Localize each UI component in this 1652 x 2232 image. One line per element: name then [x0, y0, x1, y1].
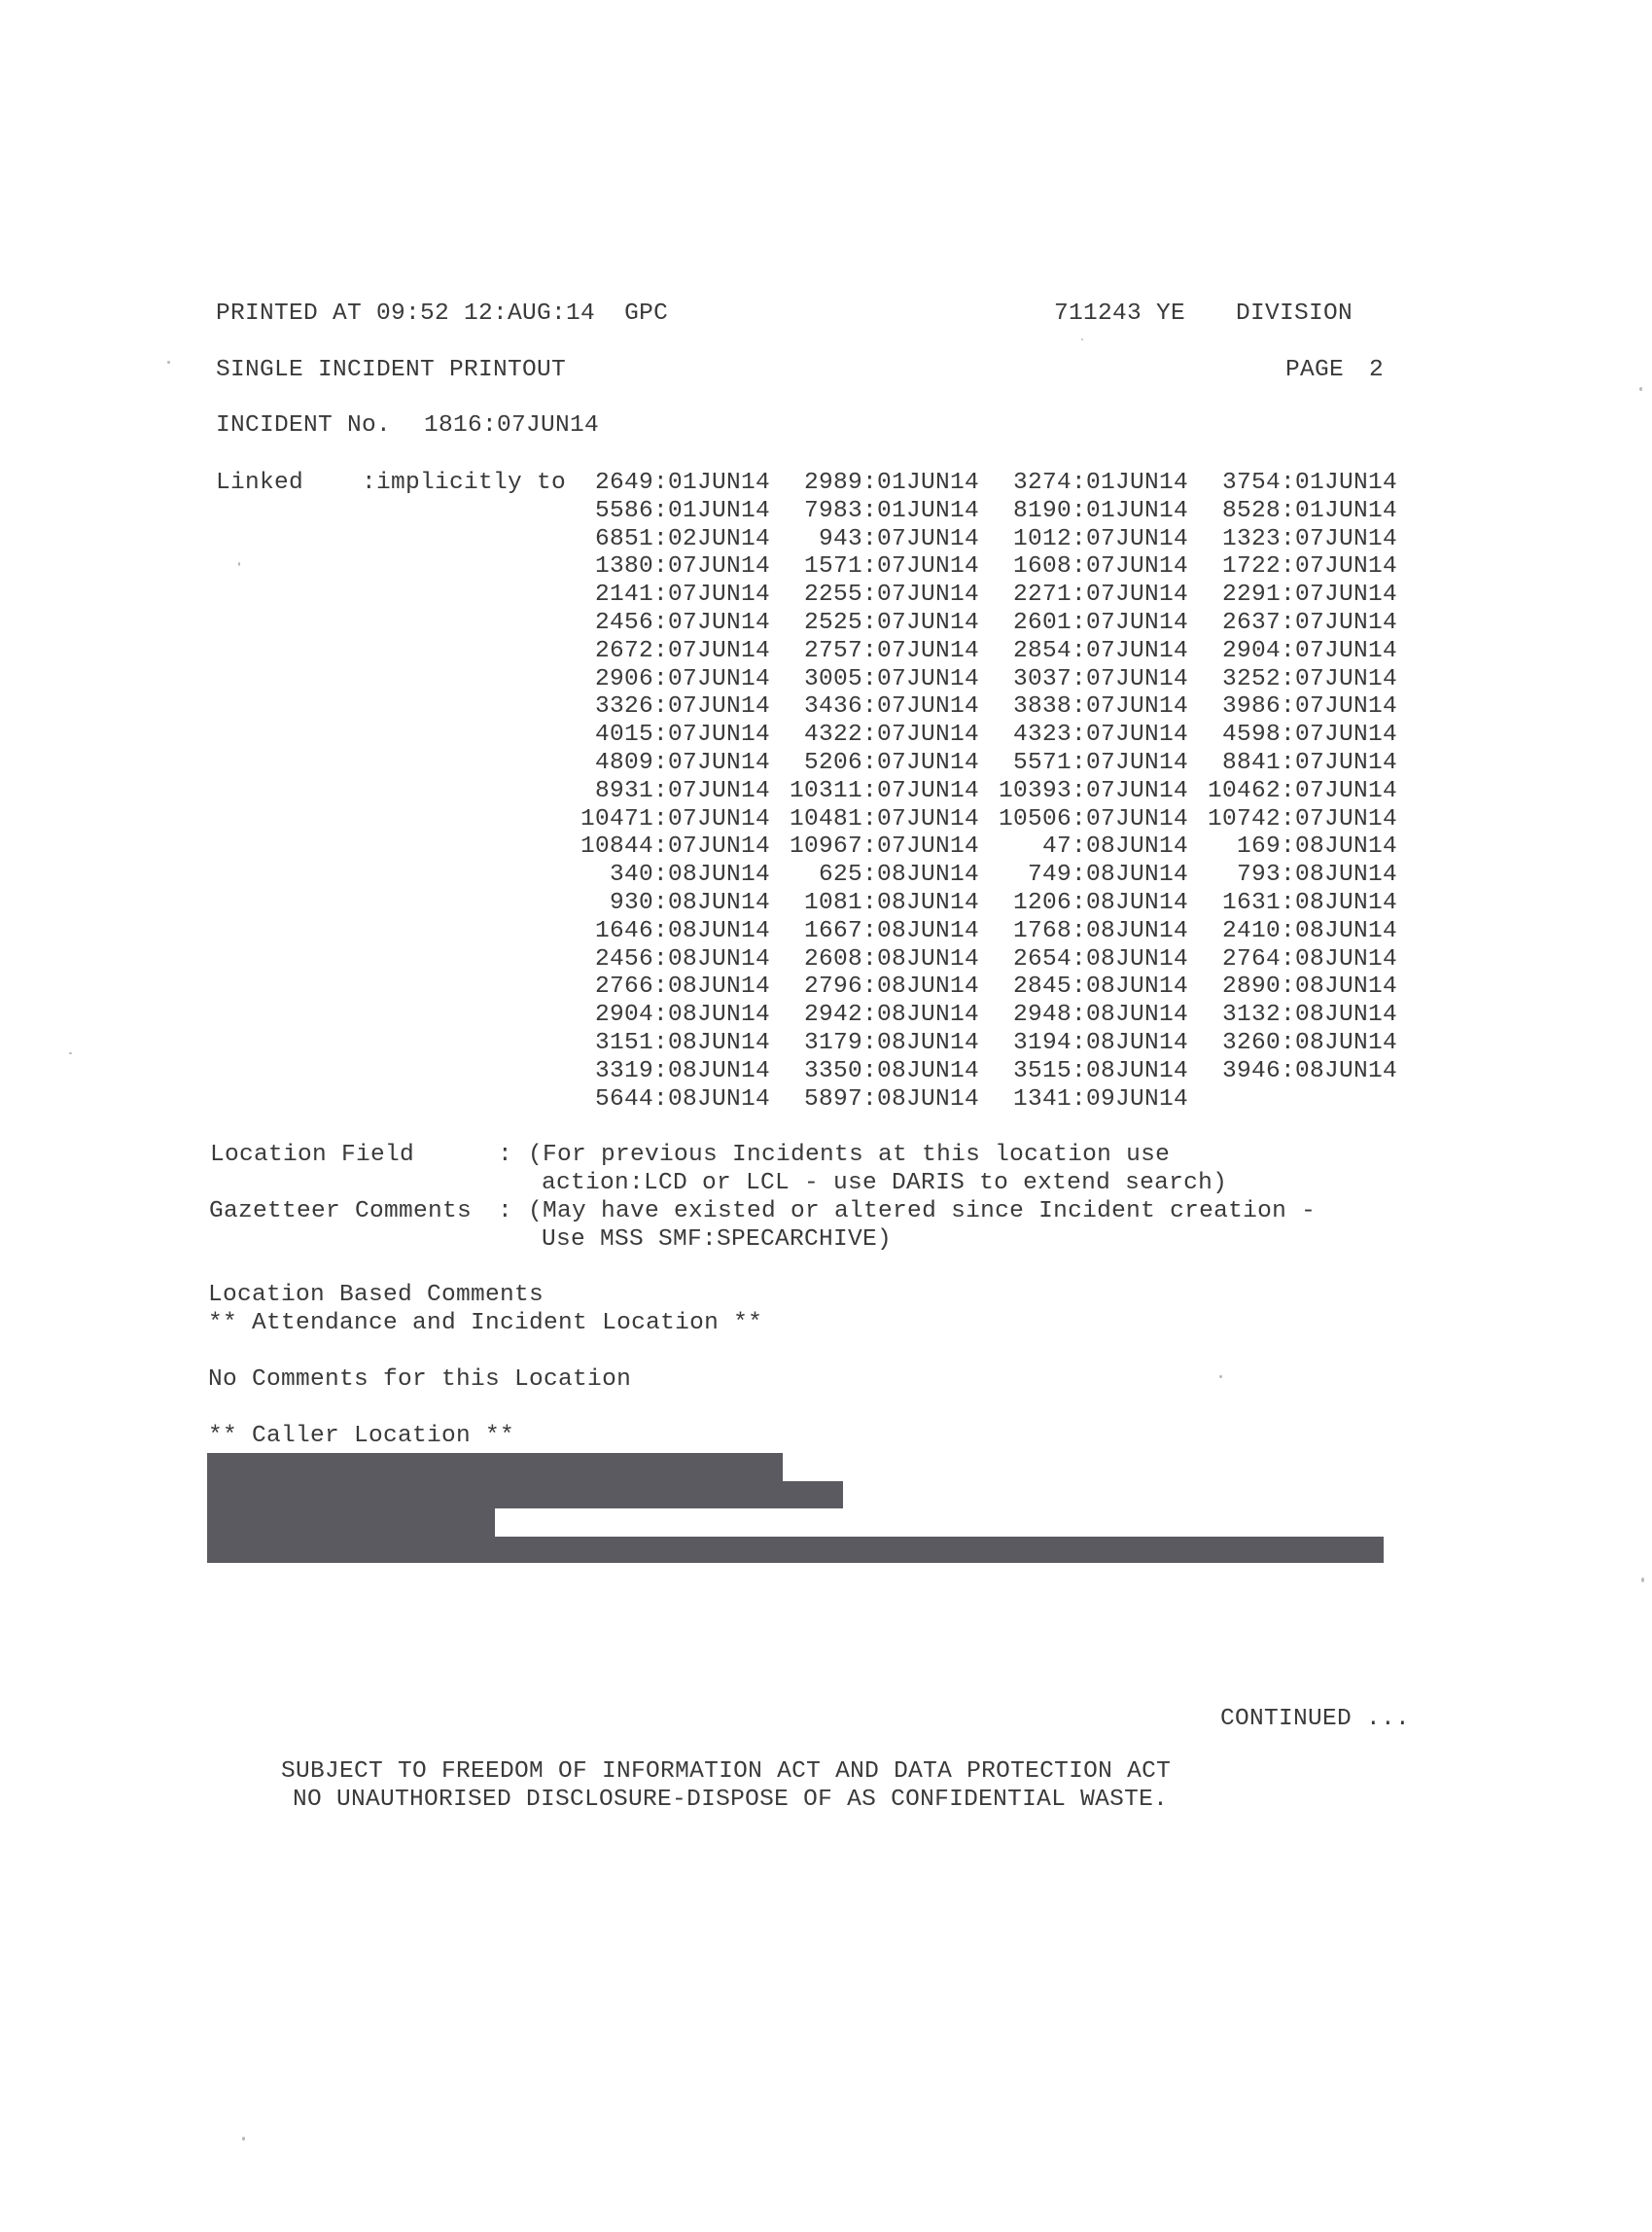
linked-incident-ref: 2764:08JUN14 [1183, 946, 1397, 974]
linked-incident-ref: 2291:07JUN14 [1183, 582, 1397, 610]
linked-incident-ref: 3037:07JUN14 [974, 666, 1188, 694]
linked-incident-ref: 10742:07JUN14 [1183, 806, 1397, 834]
linked-incident-ref: 5571:07JUN14 [974, 750, 1188, 778]
linked-incident-ref: 8190:01JUN14 [974, 498, 1188, 526]
linked-incident-ref: 793:08JUN14 [1183, 862, 1397, 890]
linked-incident-ref: 3252:07JUN14 [1183, 666, 1397, 694]
scan-speck [1639, 387, 1642, 391]
linked-incident-ref: 2410:08JUN14 [1183, 918, 1397, 946]
redaction-bar-2 [207, 1481, 843, 1508]
gazetteer-comments-label: Gazetteer Comments [209, 1198, 472, 1226]
linked-incident-ref: 2845:08JUN14 [974, 974, 1188, 1002]
linked-incidents-row: 6851:02JUN14943:07JUN141012:07JUN141323:… [0, 526, 1652, 554]
linked-incident-ref: 3179:08JUN14 [765, 1030, 979, 1058]
linked-incident-ref: 2890:08JUN14 [1183, 974, 1397, 1002]
linked-incident-ref: 7983:01JUN14 [765, 498, 979, 526]
linked-incidents-row: 340:08JUN14625:08JUN14749:08JUN14793:08J… [0, 862, 1652, 890]
linked-incident-ref: 3986:07JUN14 [1183, 693, 1397, 722]
linked-incident-ref: 10311:07JUN14 [765, 778, 979, 806]
linked-incident-ref: 1081:08JUN14 [765, 890, 979, 918]
linked-incident-ref: 2525:07JUN14 [765, 610, 979, 638]
linked-incident-ref: 2854:07JUN14 [974, 638, 1188, 666]
linked-incident-ref: 2906:07JUN14 [556, 666, 770, 694]
linked-incidents-row: 2456:08JUN142608:08JUN142654:08JUN142764… [0, 946, 1652, 974]
linked-incident-ref: 3326:07JUN14 [556, 693, 770, 722]
linked-incident-ref: 2654:08JUN14 [974, 946, 1188, 974]
linked-incident-ref: 8841:07JUN14 [1183, 750, 1397, 778]
document-title: SINGLE INCIDENT PRINTOUT [216, 357, 566, 385]
caller-location-heading: ** Caller Location ** [208, 1423, 514, 1451]
linked-incident-ref: 943:07JUN14 [765, 526, 979, 554]
linked-incident-ref: 2637:07JUN14 [1183, 610, 1397, 638]
location-field-colon: : [498, 1142, 512, 1170]
linked-incident-ref: 2904:08JUN14 [556, 1002, 770, 1030]
linked-incident-ref: 2456:08JUN14 [556, 946, 770, 974]
linked-incident-ref: 8528:01JUN14 [1183, 498, 1397, 526]
linked-incidents-row: 5586:01JUN147983:01JUN148190:01JUN148528… [0, 498, 1652, 526]
linked-incident-ref: 2649:01JUN14 [556, 470, 770, 498]
linked-incident-ref: 2948:08JUN14 [974, 1002, 1188, 1030]
division-label: DIVISION [1236, 301, 1353, 329]
scan-speck [1219, 1375, 1222, 1378]
redaction-bar-1 [207, 1453, 783, 1482]
linked-incident-ref: 749:08JUN14 [974, 862, 1188, 890]
linked-incidents-row: 2904:08JUN142942:08JUN142948:08JUN143132… [0, 1002, 1652, 1030]
linked-incident-ref: 10506:07JUN14 [974, 806, 1188, 834]
location-field-text-2: action:LCD or LCL - use DARIS to extend … [542, 1170, 1227, 1198]
linked-incident-ref: 340:08JUN14 [556, 862, 770, 890]
linked-incidents-row: 4015:07JUN144322:07JUN144323:07JUN144598… [0, 722, 1652, 750]
linked-incidents-row: 2456:07JUN142525:07JUN142601:07JUN142637… [0, 610, 1652, 638]
linked-incident-ref: 2904:07JUN14 [1183, 638, 1397, 666]
incident-label: INCIDENT No. [216, 412, 391, 441]
linked-incident-ref: 2672:07JUN14 [556, 638, 770, 666]
linked-incidents-row: 5644:08JUN145897:08JUN141341:09JUN14 [0, 1086, 1652, 1115]
linked-incident-ref: 4015:07JUN14 [556, 722, 770, 750]
page-label: PAGE [1285, 357, 1344, 385]
linked-incident-ref: 3151:08JUN14 [556, 1030, 770, 1058]
gazetteer-comments-text-1: (May have existed or altered since Incid… [528, 1198, 1316, 1226]
linked-incidents-row: 3319:08JUN143350:08JUN143515:08JUN143946… [0, 1058, 1652, 1086]
linked-incident-ref: 5644:08JUN14 [556, 1086, 770, 1115]
linked-incidents-row: 3326:07JUN143436:07JUN143838:07JUN143986… [0, 693, 1652, 722]
linked-incident-ref: 2796:08JUN14 [765, 974, 979, 1002]
linked-incident-ref: 2757:07JUN14 [765, 638, 979, 666]
linked-incident-ref: 3754:01JUN14 [1183, 470, 1397, 498]
scan-speck [1641, 1577, 1644, 1582]
attendance-location-heading: ** Attendance and Incident Location ** [208, 1310, 762, 1338]
continued-marker: CONTINUED ... [1220, 1706, 1410, 1734]
linked-incident-ref: 1768:08JUN14 [974, 918, 1188, 946]
linked-incident-ref: 3274:01JUN14 [974, 470, 1188, 498]
scan-speck [167, 361, 170, 364]
linked-incident-ref: 10393:07JUN14 [974, 778, 1188, 806]
linked-incidents-row: 2672:07JUN142757:07JUN142854:07JUN142904… [0, 638, 1652, 666]
linked-incident-ref: 4323:07JUN14 [974, 722, 1188, 750]
gazetteer-comments-colon: : [498, 1198, 512, 1226]
linked-incident-ref: 10967:07JUN14 [765, 833, 979, 862]
linked-incidents-row: 1646:08JUN141667:08JUN141768:08JUN142410… [0, 918, 1652, 946]
linked-incident-ref: 1206:08JUN14 [974, 890, 1188, 918]
linked-incident-ref: 1631:08JUN14 [1183, 890, 1397, 918]
linked-incident-ref: 1323:07JUN14 [1183, 526, 1397, 554]
linked-incident-ref: 3350:08JUN14 [765, 1058, 979, 1086]
linked-incident-ref: 4322:07JUN14 [765, 722, 979, 750]
page-number: 2 [1369, 357, 1384, 385]
location-field-text-1: (For previous Incidents at this location… [528, 1142, 1170, 1170]
linked-incident-ref: 3515:08JUN14 [974, 1058, 1188, 1086]
linked-incident-ref: 10471:07JUN14 [556, 806, 770, 834]
scan-speck [69, 1052, 72, 1054]
linked-incidents-row: 10471:07JUN1410481:07JUN1410506:07JUN141… [0, 806, 1652, 834]
printed-at: PRINTED AT 09:52 12:AUG:14 GPC [216, 301, 668, 329]
linked-incident-ref: 1341:09JUN14 [974, 1086, 1188, 1115]
redaction-bar-3 [207, 1507, 495, 1538]
linked-incident-ref: 1646:08JUN14 [556, 918, 770, 946]
linked-incident-ref: 2456:07JUN14 [556, 610, 770, 638]
location-field-label: Location Field [210, 1142, 414, 1170]
linked-incident-ref: 930:08JUN14 [556, 890, 770, 918]
linked-incident-ref: 8931:07JUN14 [556, 778, 770, 806]
linked-incidents-row: 8931:07JUN1410311:07JUN1410393:07JUN1410… [0, 778, 1652, 806]
gazetteer-comments-text-2: Use MSS SMF:SPECARCHIVE) [542, 1226, 892, 1255]
linked-incident-ref: 3132:08JUN14 [1183, 1002, 1397, 1030]
linked-incidents-row: 2906:07JUN143005:07JUN143037:07JUN143252… [0, 666, 1652, 694]
reference-code: 711243 YE [1054, 301, 1185, 329]
scan-speck [238, 562, 240, 566]
linked-incidents-row: 1380:07JUN141571:07JUN141608:07JUN141722… [0, 553, 1652, 582]
linked-incident-ref: 2601:07JUN14 [974, 610, 1188, 638]
linked-incident-ref: 3319:08JUN14 [556, 1058, 770, 1086]
linked-incident-ref: 625:08JUN14 [765, 862, 979, 890]
printout-page: PRINTED AT 09:52 12:AUG:14 GPC 711243 YE… [0, 0, 1652, 2232]
linked-incident-ref: 6851:02JUN14 [556, 526, 770, 554]
foi-notice-line-2: NO UNAUTHORISED DISCLOSURE-DISPOSE OF AS… [293, 1787, 1168, 1815]
linked-incident-ref: 1012:07JUN14 [974, 526, 1188, 554]
linked-incident-ref: 169:08JUN14 [1183, 833, 1397, 862]
linked-incident-ref: 3838:07JUN14 [974, 693, 1188, 722]
linked-incidents-row: 10844:07JUN1410967:07JUN1447:08JUN14169:… [0, 833, 1652, 862]
linked-incident-ref: 2989:01JUN14 [765, 470, 979, 498]
linked-incident-ref: 3194:08JUN14 [974, 1030, 1188, 1058]
linked-incident-ref: 47:08JUN14 [974, 833, 1188, 862]
linked-incident-ref: 1667:08JUN14 [765, 918, 979, 946]
linked-incident-ref: 2766:08JUN14 [556, 974, 770, 1002]
redaction-bar-4 [207, 1537, 1384, 1563]
linked-incidents-row: 3151:08JUN143179:08JUN143194:08JUN143260… [0, 1030, 1652, 1058]
linked-incident-ref: 2271:07JUN14 [974, 582, 1188, 610]
linked-incident-ref: 4598:07JUN14 [1183, 722, 1397, 750]
linked-incident-ref: 1380:07JUN14 [556, 553, 770, 582]
linked-incident-ref: 5897:08JUN14 [765, 1086, 979, 1115]
no-comments-text: No Comments for this Location [208, 1366, 631, 1395]
linked-incident-ref: 3946:08JUN14 [1183, 1058, 1397, 1086]
linked-incident-ref: 5206:07JUN14 [765, 750, 979, 778]
linked-incident-ref: 2141:07JUN14 [556, 582, 770, 610]
linked-incidents-row: 930:08JUN141081:08JUN141206:08JUN141631:… [0, 890, 1652, 918]
linked-incident-ref: 3005:07JUN14 [765, 666, 979, 694]
incident-number: 1816:07JUN14 [424, 412, 599, 441]
location-based-comments-heading: Location Based Comments [208, 1282, 544, 1310]
linked-incident-ref: 1571:07JUN14 [765, 553, 979, 582]
linked-incident-ref: 2255:07JUN14 [765, 582, 979, 610]
linked-incident-ref: 1722:07JUN14 [1183, 553, 1397, 582]
linked-incidents-row: 2766:08JUN142796:08JUN142845:08JUN142890… [0, 974, 1652, 1002]
linked-incident-ref: 3436:07JUN14 [765, 693, 979, 722]
linked-incident-ref: 4809:07JUN14 [556, 750, 770, 778]
linked-incident-ref: 10462:07JUN14 [1183, 778, 1397, 806]
linked-incidents-row: 2649:01JUN142989:01JUN143274:01JUN143754… [0, 470, 1652, 498]
linked-incident-ref: 2608:08JUN14 [765, 946, 979, 974]
scan-speck [242, 2137, 245, 2141]
linked-incident-ref: 3260:08JUN14 [1183, 1030, 1397, 1058]
linked-incidents-row: 4809:07JUN145206:07JUN145571:07JUN148841… [0, 750, 1652, 778]
linked-incident-ref: 1608:07JUN14 [974, 553, 1188, 582]
linked-incident-ref: 2942:08JUN14 [765, 1002, 979, 1030]
linked-incidents-row: 2141:07JUN142255:07JUN142271:07JUN142291… [0, 582, 1652, 610]
linked-incident-ref: 5586:01JUN14 [556, 498, 770, 526]
scan-speck [1081, 338, 1083, 340]
linked-incident-ref: 10481:07JUN14 [765, 806, 979, 834]
foi-notice-line-1: SUBJECT TO FREEDOM OF INFORMATION ACT AN… [281, 1758, 1171, 1787]
linked-incident-ref: 10844:07JUN14 [556, 833, 770, 862]
